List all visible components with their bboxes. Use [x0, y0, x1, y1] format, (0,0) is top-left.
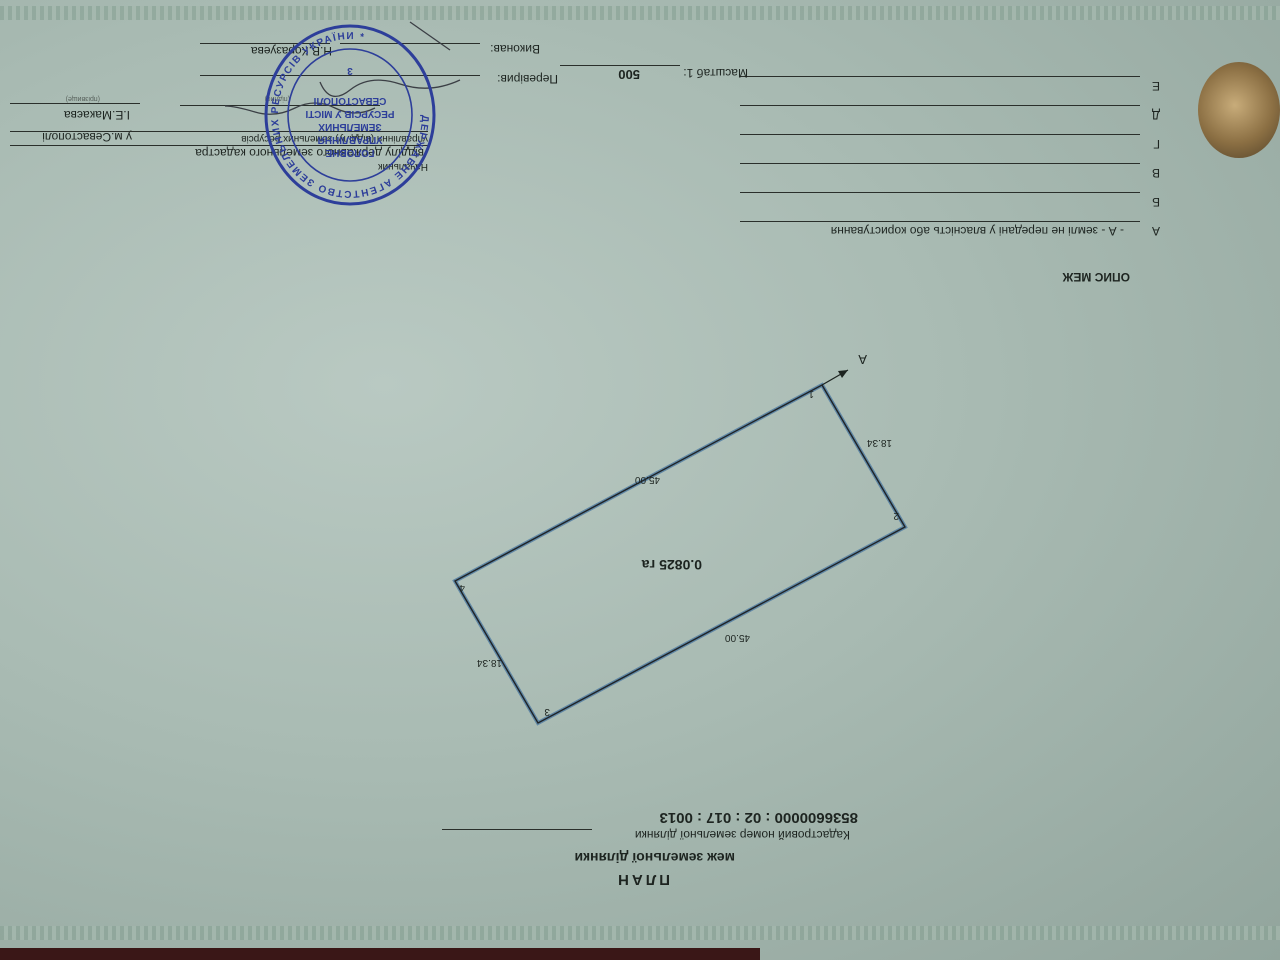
svg-text:УПРАВЛІННЯ: УПРАВЛІННЯ [318, 134, 383, 145]
handwritten-signatures [0, 0, 1280, 960]
svg-text:СЕВАСТОПОЛІ: СЕВАСТОПОЛІ [313, 95, 386, 106]
svg-text:ГОЛОВНЕ: ГОЛОВНЕ [325, 147, 374, 158]
official-stamp: ДЕРЖАВНЕ АГЕНТСТВО ЗЕМЕЛЬНИХ РЕСУРСІВ УК… [262, 22, 438, 208]
plan-sheet: ПЛАН меж земельної ділянки Кадастровий н… [0, 0, 1280, 960]
svg-text:ЗЕМЕЛЬНИХ: ЗЕМЕЛЬНИХ [318, 121, 382, 132]
svg-text:РЕСУРСІВ У МІСТІ: РЕСУРСІВ У МІСТІ [305, 108, 394, 119]
svg-text:3: 3 [347, 65, 353, 76]
